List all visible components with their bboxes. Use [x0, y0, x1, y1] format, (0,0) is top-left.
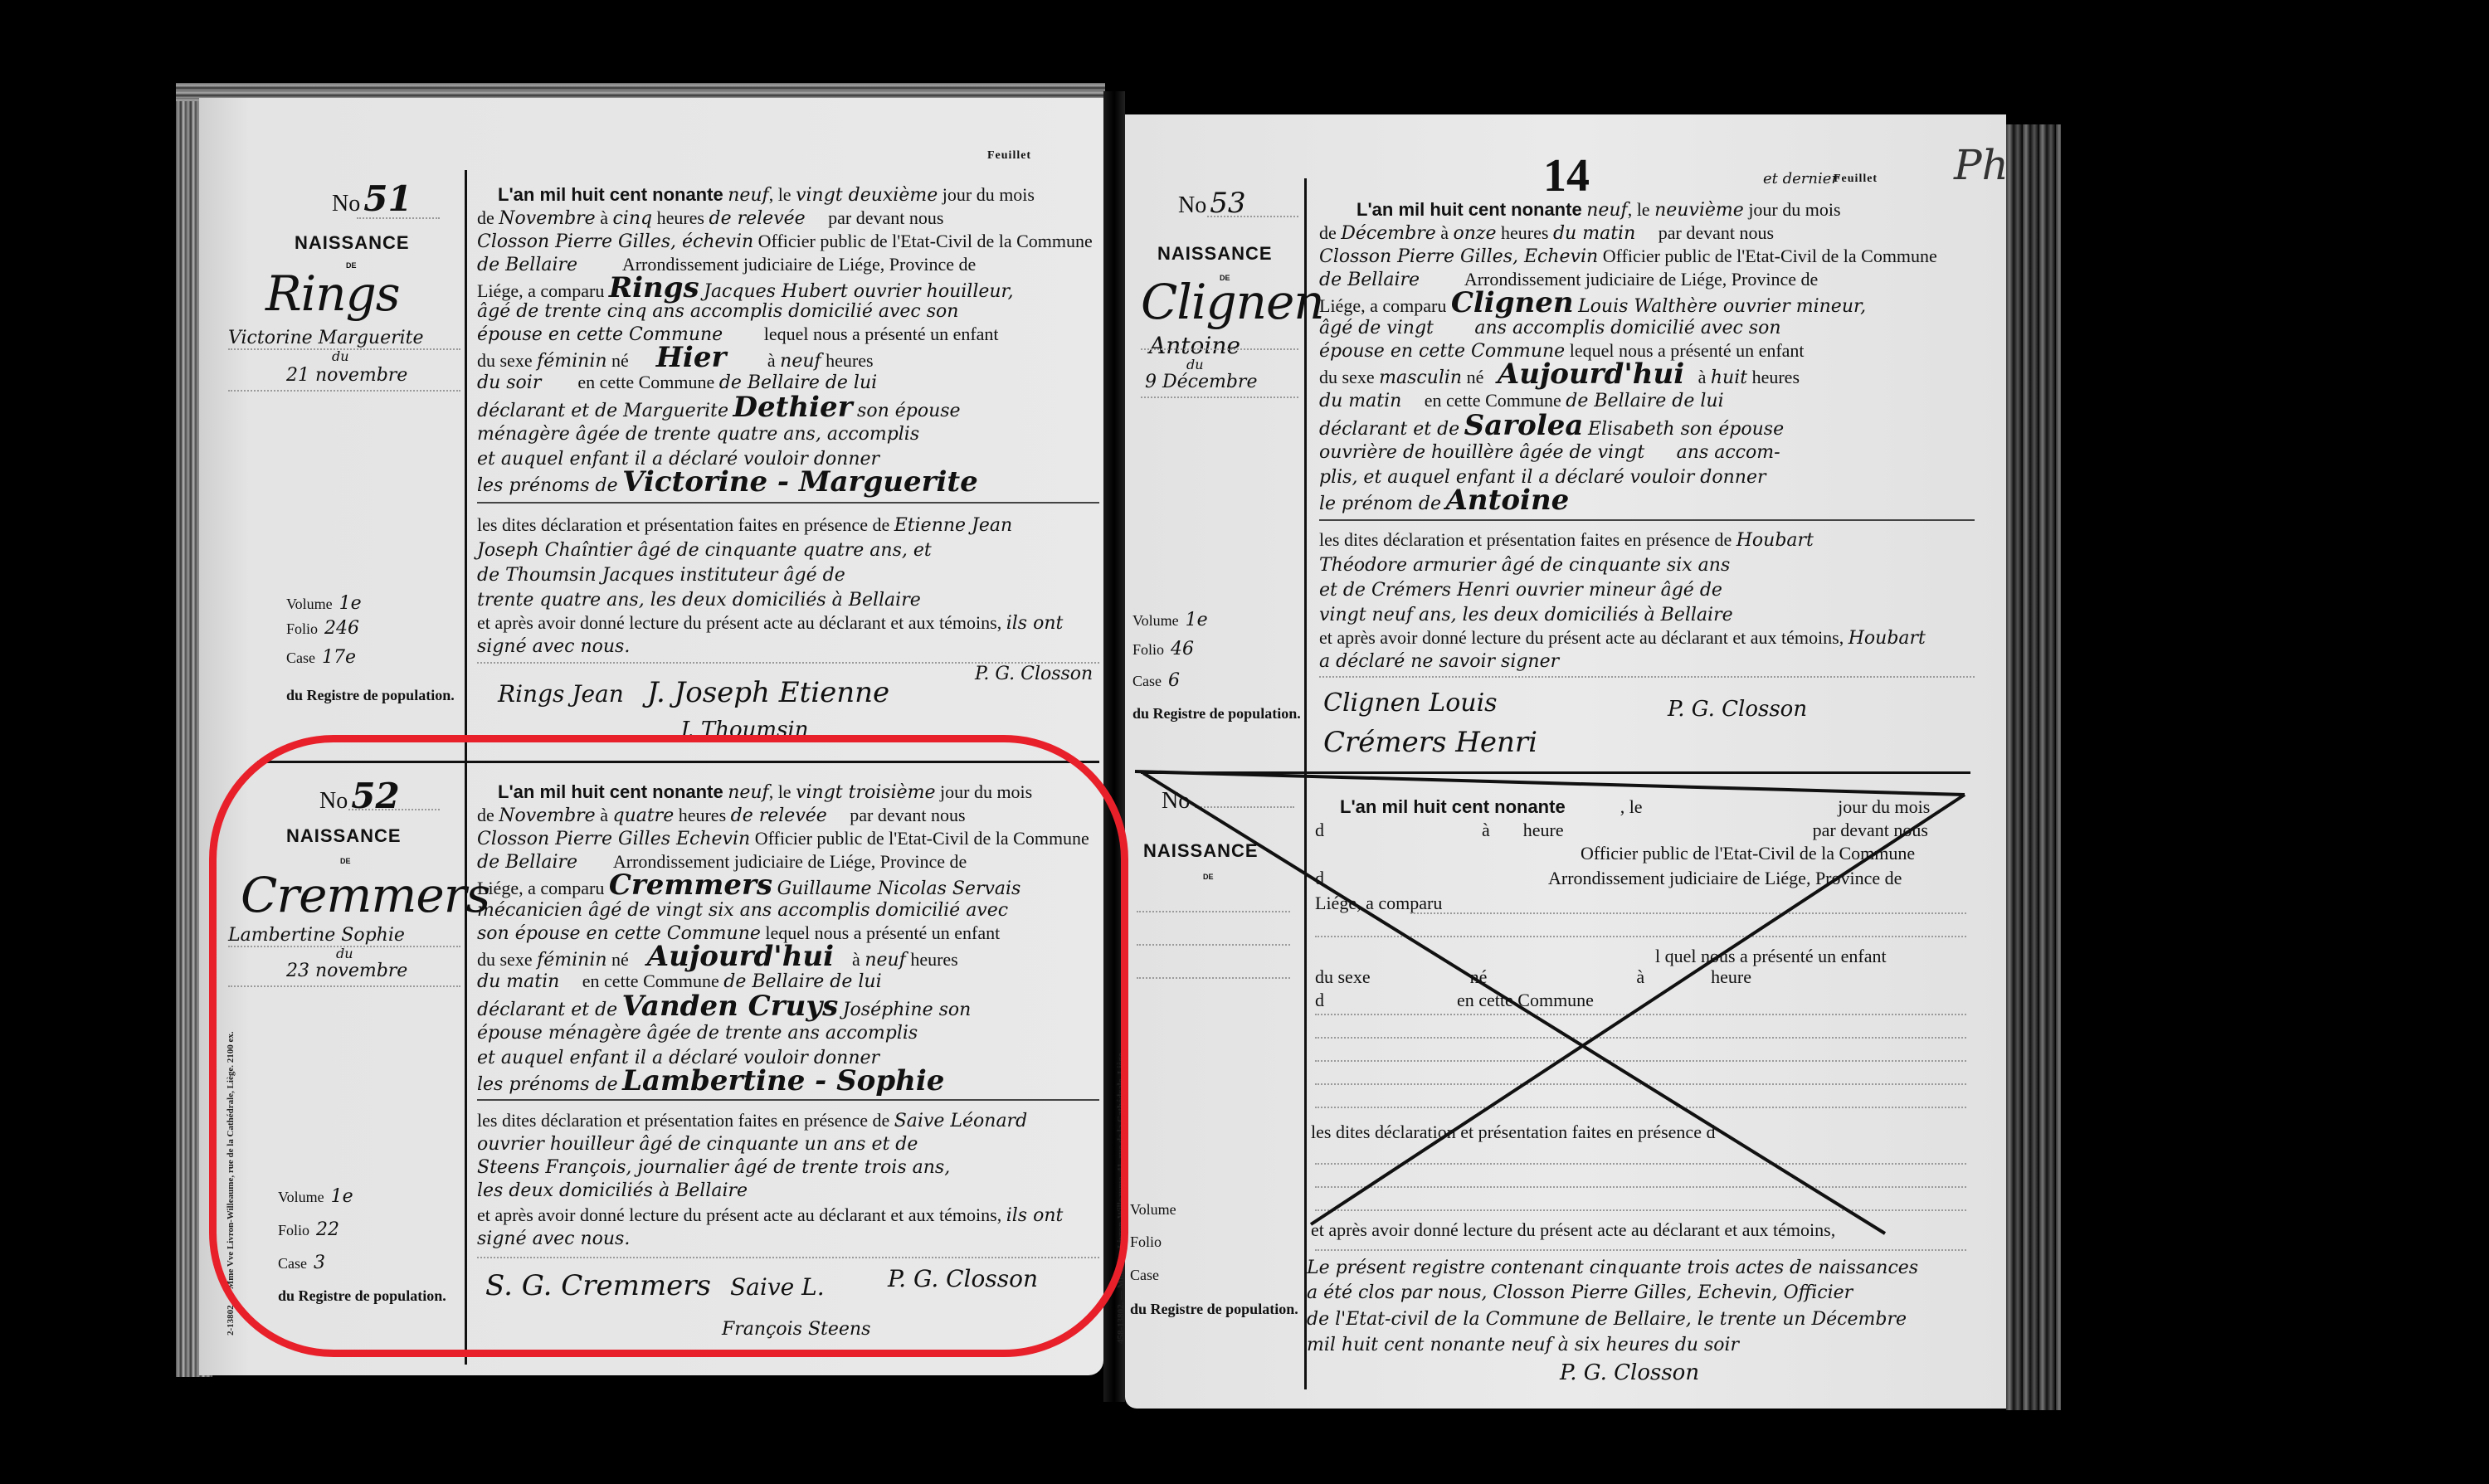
closing-line: Le présent registre contenant cinquante …: [1307, 1257, 1918, 1279]
closing-line: de l'Etat-civil de la Commune de Bellair…: [1307, 1308, 1907, 1331]
red-highlight-annotation: [209, 735, 1128, 1357]
closing-signature: P. G. Closson: [1560, 1360, 1699, 1385]
closing-line: a été clos par nous, Closson Pierre Gill…: [1307, 1282, 1853, 1304]
closing-line: mil huit cent nonante neuf à six heures …: [1307, 1334, 1739, 1356]
